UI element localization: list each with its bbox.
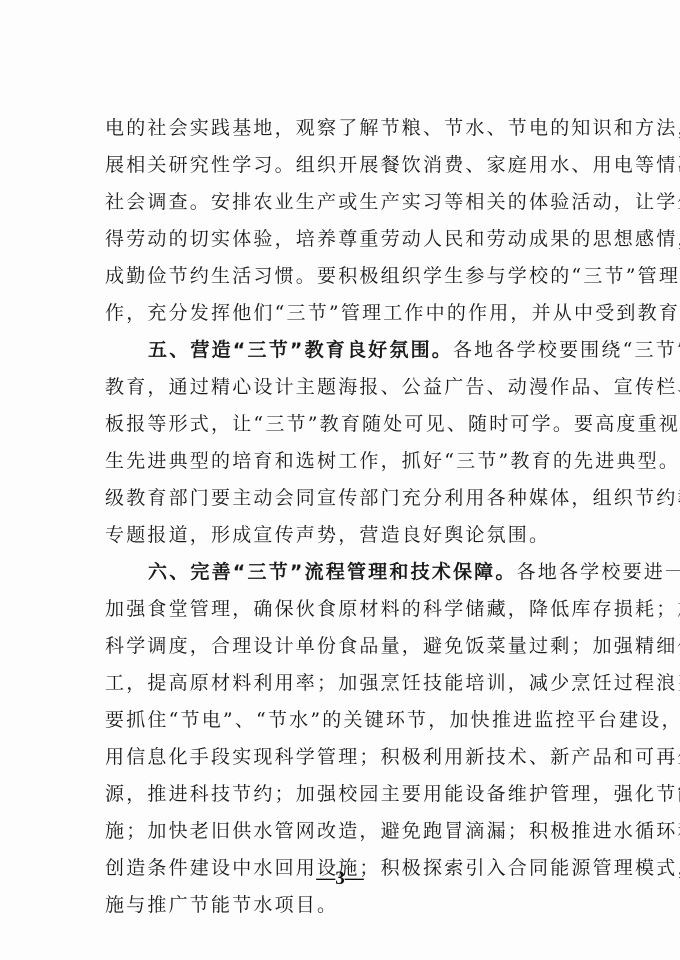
text-line: 源，推进科技节约；加强校园主要用能设备维护管理，强化节能措 xyxy=(105,779,605,816)
page-number: —3— xyxy=(0,868,680,890)
text-line: 级教育部门要主动会同宣传部门充分利用各种媒体，组织节约教育 xyxy=(105,483,605,520)
section-first-line: 六、完善“三节”流程管理和技术保障。各地各学校要进一步 xyxy=(105,557,605,594)
document-body: 电的社会实践基地，观察了解节粮、节水、节电的知识和方法，开 展相关研究性学习。组… xyxy=(105,113,605,927)
text-line: 教育，通过精心设计主题海报、公益广告、动漫作品、宣传栏、黑 xyxy=(105,372,605,409)
text-line: 作，充分发挥他们“三节”管理工作中的作用，并从中受到教育。 xyxy=(105,298,605,335)
section-heading: 六、完善“三节”流程管理和技术保障。 xyxy=(148,561,517,583)
section-first-line: 五、营造“三节”教育良好氛围。各地各学校要围绕“三节” xyxy=(105,335,605,372)
text-line: 用信息化手段实现科学管理；积极利用新技术、新产品和可再生能 xyxy=(105,742,605,779)
section-lead-text: 各地各学校要围绕“三节” xyxy=(453,339,680,361)
text-line: 工，提高原材料利用率；加强烹饪技能培训，减少烹饪过程浪费。 xyxy=(105,668,605,705)
section-heading: 五、营造“三节”教育良好氛围。 xyxy=(148,339,453,361)
text-line: 成勤俭节约生活习惯。要积极组织学生参与学校的“三节”管理工 xyxy=(105,261,605,298)
text-line: 加强食堂管理，确保伙食原材料的科学储藏，降低库存损耗；加强 xyxy=(105,594,605,631)
paragraph-section-five: 五、营造“三节”教育良好氛围。各地各学校要围绕“三节” 教育，通过精心设计主题海… xyxy=(105,335,605,557)
text-line: 板报等形式，让“三节”教育随处可见、随时可学。要高度重视学 xyxy=(105,409,605,446)
paragraph-continued: 电的社会实践基地，观察了解节粮、节水、节电的知识和方法，开 展相关研究性学习。组… xyxy=(105,113,605,335)
text-line: 社会调查。安排农业生产或生产实习等相关的体验活动，让学生获 xyxy=(105,187,605,224)
text-line: 展相关研究性学习。组织开展餐饮消费、家庭用水、用电等情况的 xyxy=(105,150,605,187)
text-line: 电的社会实践基地，观察了解节粮、节水、节电的知识和方法，开 xyxy=(105,113,605,150)
text-line: 专题报道，形成宣传声势，营造良好舆论氛围。 xyxy=(105,520,605,557)
text-line: 科学调度，合理设计单份食品量，避免饭菜量过剩；加强精细化加 xyxy=(105,631,605,668)
text-line: 生先进典型的培育和选树工作，抓好“三节”教育的先进典型。各 xyxy=(105,446,605,483)
document-page: 电的社会实践基地，观察了解节粮、节水、节电的知识和方法，开 展相关研究性学习。组… xyxy=(0,0,680,960)
text-line: 施；加快老旧供水管网改造，避免跑冒滴漏；积极推进水循环利用， xyxy=(105,816,605,853)
text-line: 得劳动的切实体验，培养尊重劳动人民和劳动成果的思想感情，形 xyxy=(105,224,605,261)
text-line: 施与推广节能节水项目。 xyxy=(105,890,605,927)
section-lead-text: 各地各学校要进一步 xyxy=(517,561,680,583)
text-line: 要抓住“节电”、“节水”的关键环节，加快推进监控平台建设，利 xyxy=(105,705,605,742)
